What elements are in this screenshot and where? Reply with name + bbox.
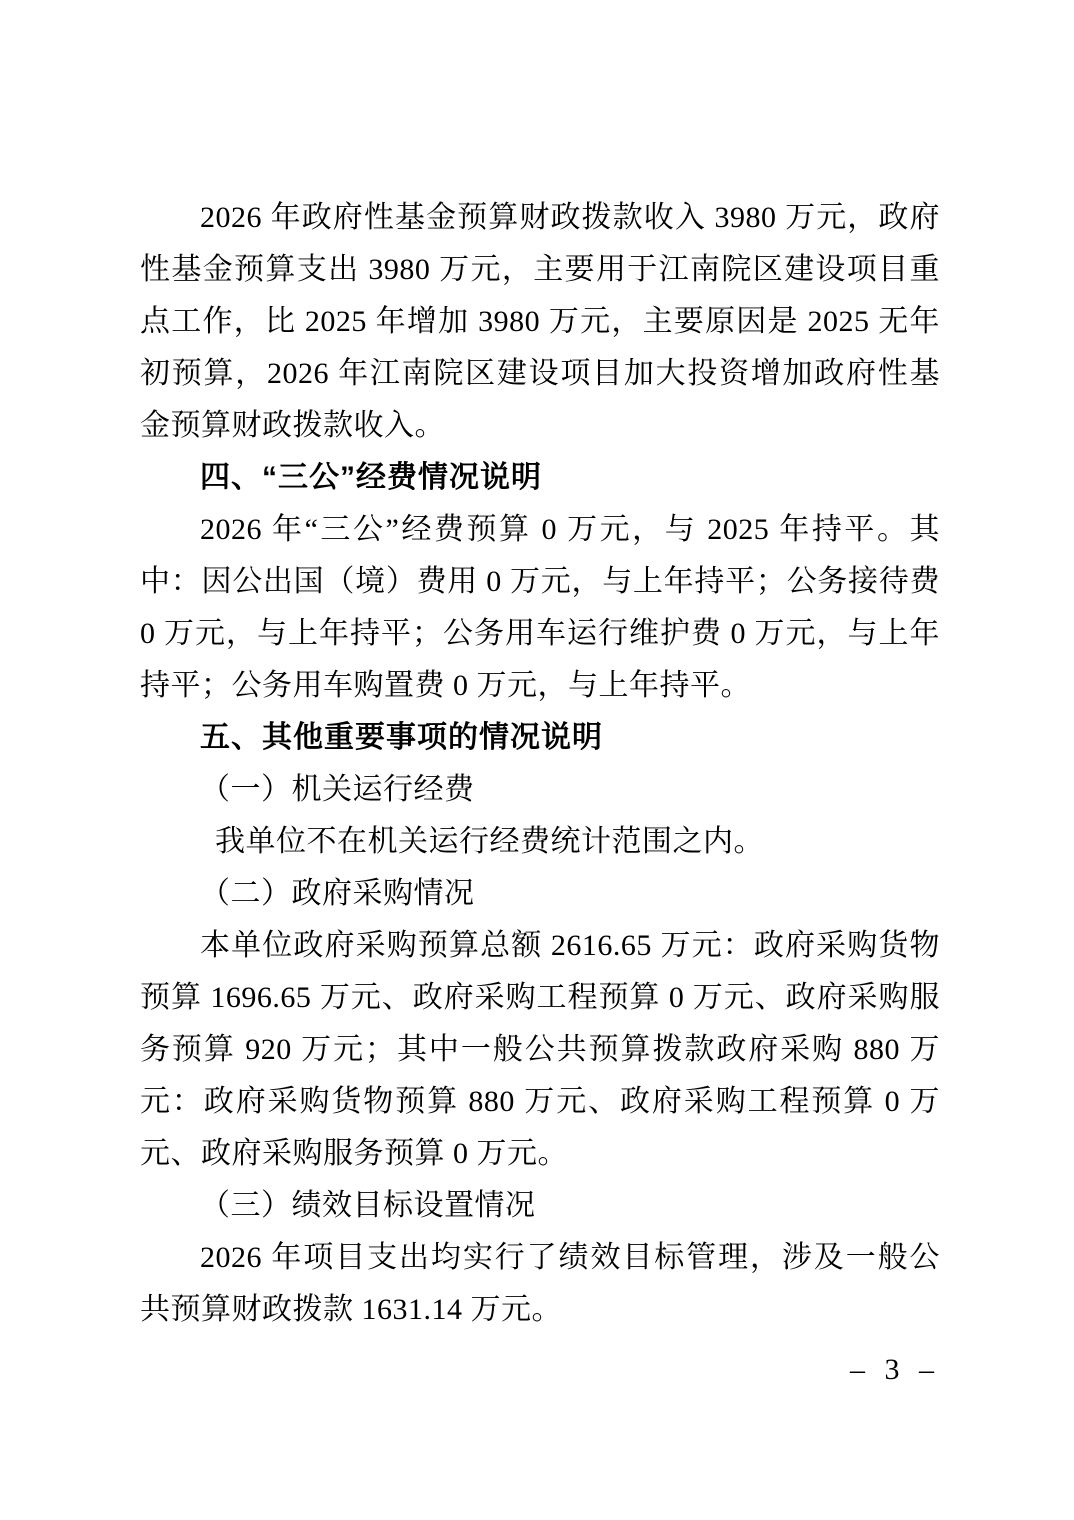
page-number: – 3 – xyxy=(850,1350,940,1390)
section-heading-other-important-items: 五、其他重要事项的情况说明 xyxy=(140,712,940,764)
paragraph-gov-fund-budget: 2026 年政府性基金预算财政拨款收入 3980 万元，政府性基金预算支出 39… xyxy=(140,192,940,452)
section-heading-three-public-funds: 四、“三公”经费情况说明 xyxy=(140,452,940,504)
document-body: 2026 年政府性基金预算财政拨款收入 3980 万元，政府性基金预算支出 39… xyxy=(140,192,940,1336)
subheading-performance-targets: （三）绩效目标设置情况 xyxy=(140,1180,940,1232)
document-page: 2026 年政府性基金预算财政拨款收入 3980 万元，政府性基金预算支出 39… xyxy=(0,0,1074,1520)
paragraph-government-procurement: 本单位政府采购预算总额 2616.65 万元：政府采购货物预算 1696.65 … xyxy=(140,920,940,1180)
paragraph-three-public-funds: 2026 年“三公”经费预算 0 万元，与 2025 年持平。其中：因公出国（境… xyxy=(140,504,940,712)
paragraph-performance-targets: 2026 年项目支出均实行了绩效目标管理，涉及一般公共预算财政拨款 1631.1… xyxy=(140,1232,940,1336)
subheading-agency-operating-expense: （一）机关运行经费 xyxy=(140,764,940,816)
paragraph-agency-operating-expense: 我单位不在机关运行经费统计范围之内。 xyxy=(140,816,940,868)
subheading-government-procurement: （二）政府采购情况 xyxy=(140,868,940,920)
